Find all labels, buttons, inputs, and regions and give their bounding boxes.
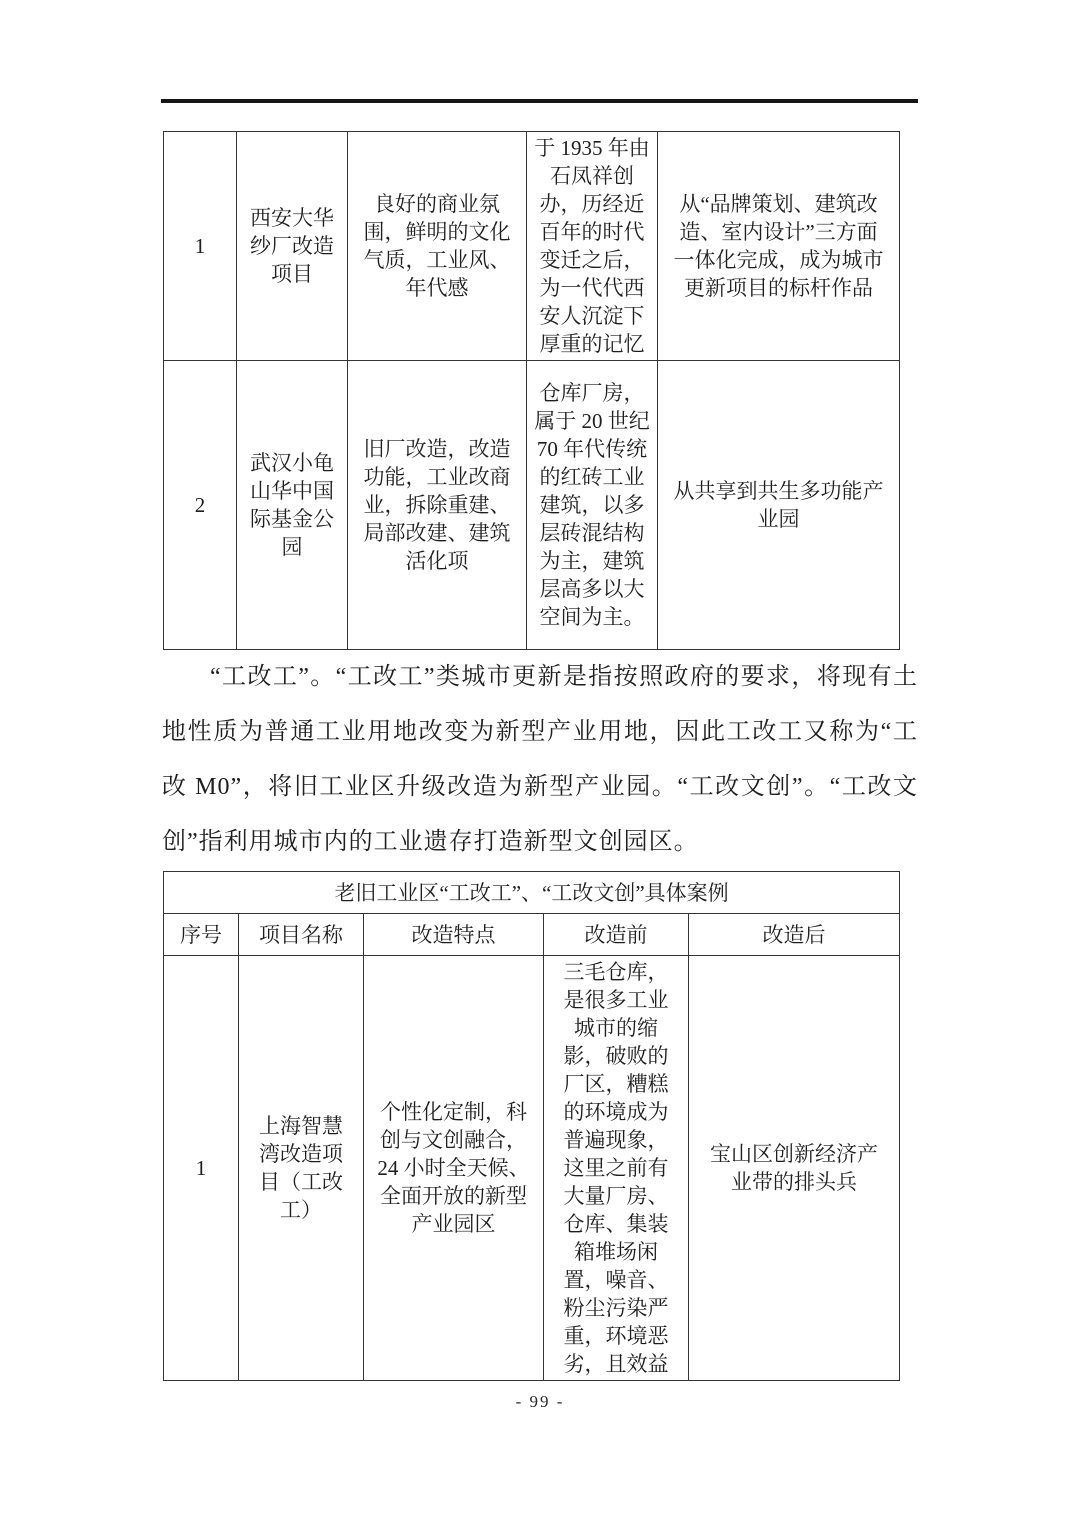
table-title-row: 老旧工业区“工改工”、“工改文创”具体案例 — [164, 872, 900, 914]
cell-index: 2 — [164, 361, 237, 650]
cell-after: 从“品牌策划、建筑改造、室内设计”三方面一体化完成，成为城市更新项目的标杆作品 — [658, 132, 900, 361]
header-project-name: 项目名称 — [239, 914, 364, 956]
cell-after: 宝山区创新经济产业带的排头兵 — [689, 956, 900, 1381]
header-rule — [161, 99, 918, 103]
renovation-table-continued: 1 西安大华纱厂改造项目 良好的商业氛围，鲜明的文化气质，工业风、年代感 于 1… — [163, 131, 900, 650]
case-table: 老旧工业区“工改工”、“工改文创”具体案例 序号 项目名称 改造特点 改造前 改… — [163, 871, 900, 1381]
cell-project-name: 武汉小龟山华中国际基金公园 — [237, 361, 348, 650]
cell-before: 三毛仓库，是很多工业城市的缩影，破败的厂区，糟糕的环境成为普遍现象，这里之前有大… — [544, 956, 689, 1381]
cell-renovation-features: 良好的商业氛围，鲜明的文化气质，工业风、年代感 — [348, 132, 527, 361]
document-page: 1 西安大华纱厂改造项目 良好的商业氛围，鲜明的文化气质，工业风、年代感 于 1… — [0, 0, 1080, 1528]
cell-project-name: 上海智慧湾改造项目（工改工） — [239, 956, 364, 1381]
header-index: 序号 — [164, 914, 239, 956]
cell-index: 1 — [164, 956, 239, 1381]
cell-before: 于 1935 年由石凤祥创办，历经近百年的时代变迁之后，为一代代西安人沉淀下厚重… — [527, 132, 658, 361]
table-header-row: 序号 项目名称 改造特点 改造前 改造后 — [164, 914, 900, 956]
table-row: 2 武汉小龟山华中国际基金公园 旧厂改造，改造功能，工业改商业，拆除重建、局部改… — [164, 361, 900, 650]
table-title: 老旧工业区“工改工”、“工改文创”具体案例 — [164, 872, 900, 914]
cell-renovation-features: 个性化定制，科创与文创融合，24 小时全天候、全面开放的新型产业园区 — [364, 956, 544, 1381]
cell-renovation-features: 旧厂改造，改造功能，工业改商业，拆除重建、局部改建、建筑活化项 — [348, 361, 527, 650]
cell-project-name: 西安大华纱厂改造项目 — [237, 132, 348, 361]
page-number: - 99 - — [0, 1392, 1080, 1412]
cell-before: 仓库厂房，属于 20 世纪 70 年代传统的红砖工业建筑，以多层砖混结构为主，建… — [527, 361, 658, 650]
header-before: 改造前 — [544, 914, 689, 956]
cell-after: 从共享到共生多功能产业园 — [658, 361, 900, 650]
table-row: 1 西安大华纱厂改造项目 良好的商业氛围，鲜明的文化气质，工业风、年代感 于 1… — [164, 132, 900, 361]
body-paragraph: “工改工”。“工改工”类城市更新是指按照政府的要求，将现有土地性质为普通工业用地… — [162, 650, 918, 870]
header-after: 改造后 — [689, 914, 900, 956]
cell-before-text: 三毛仓库，是很多工业城市的缩影，破败的厂区，糟糕的环境成为普遍现象，这里之前有大… — [558, 958, 674, 1378]
header-renovation-features: 改造特点 — [364, 914, 544, 956]
table-row: 1 上海智慧湾改造项目（工改工） 个性化定制，科创与文创融合，24 小时全天候、… — [164, 956, 900, 1381]
cell-index: 1 — [164, 132, 237, 361]
